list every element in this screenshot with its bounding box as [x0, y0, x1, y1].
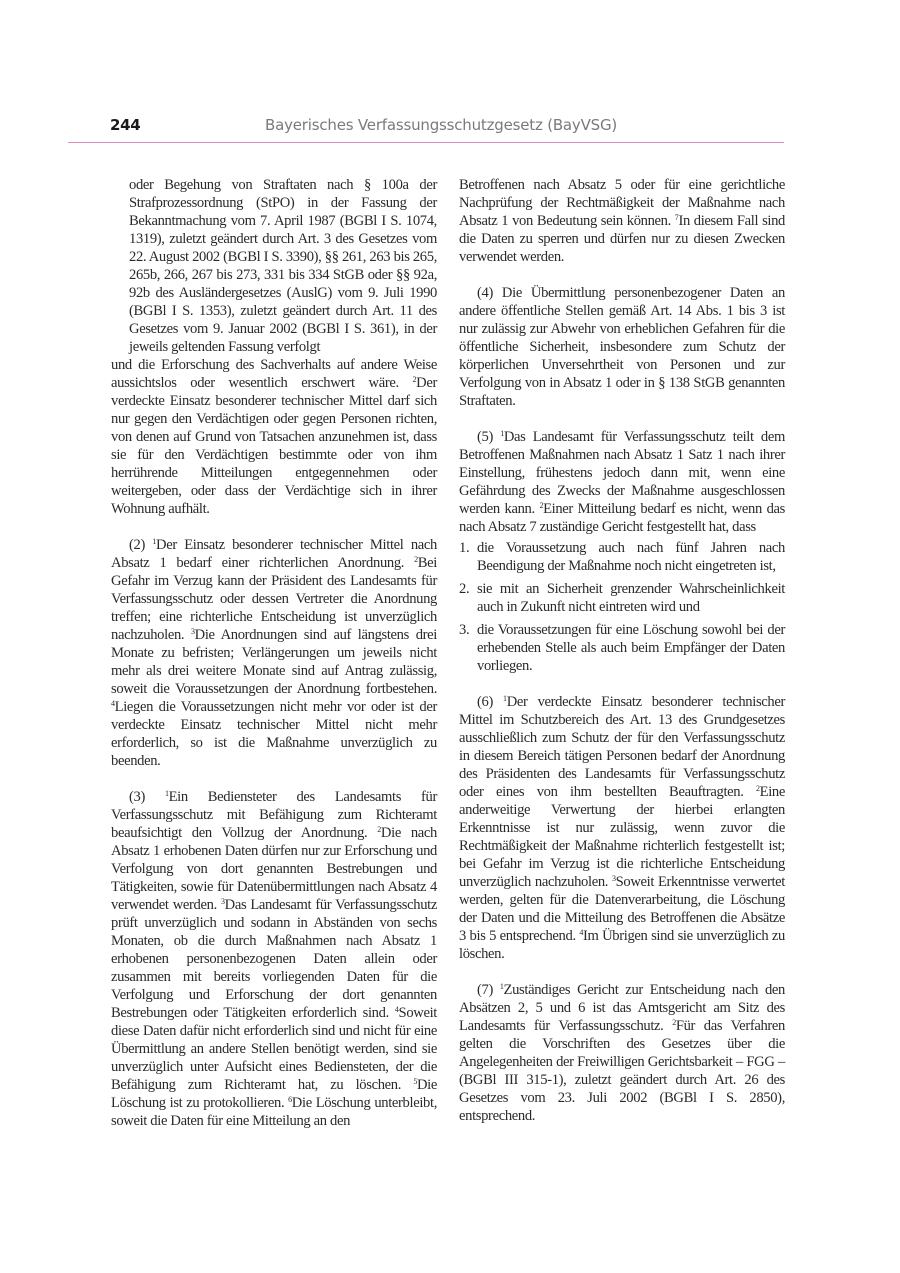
right-column: Betroffenen nach Absatz 5 oder für eine …: [459, 176, 785, 1125]
paragraph-7: (7) 1Zuständiges Gericht zur Entscheidun…: [459, 981, 785, 1125]
numbered-list: 1.die Voraussetzung auch nach fünf Jahre…: [459, 539, 785, 675]
paragraph-6: (6) 1Der verdeckte Einsatz besonderer te…: [459, 693, 785, 963]
continued-list-item: oder Begehung von Straftaten nach § 100a…: [129, 176, 437, 356]
page-number: 244: [110, 116, 140, 134]
list-item: 1.die Voraussetzung auch nach fünf Jahre…: [459, 539, 785, 575]
paragraph-3: (3) 1Ein Bediensteter des Landesamts für…: [111, 788, 437, 1130]
running-title: Bayerisches Verfassungsschutzgesetz (Bay…: [265, 116, 617, 134]
paragraph-label: (3): [129, 789, 165, 805]
paragraph-label: (2): [129, 537, 152, 553]
paragraph-5: (5) 1Das Landesamt für Verfassungsschutz…: [459, 428, 785, 536]
paragraph-3-continuation: Betroffenen nach Absatz 5 oder für eine …: [459, 176, 785, 266]
paragraph-label: (6): [477, 694, 503, 710]
left-column: oder Begehung von Straftaten nach § 100a…: [111, 176, 437, 1130]
page-header: 244 Bayerisches Verfassungsschutzgesetz …: [68, 116, 784, 143]
paragraph-label: (7): [477, 982, 500, 998]
list-item: 3.die Voraussetzungen für eine Löschung …: [459, 621, 785, 675]
paragraph-2: (2) 1Der Einsatz besonderer technischer …: [111, 536, 437, 770]
paragraph-4: (4) Die Übermittlung personenbezogener D…: [459, 284, 785, 410]
paragraph-1-continuation: und die Erforschung des Sachverhalts auf…: [111, 356, 437, 518]
list-item: 2.sie mit an Sicherheit grenzender Wahrs…: [459, 580, 785, 616]
paragraph-label: (4): [477, 285, 502, 301]
paragraph-label: (5): [477, 429, 500, 445]
